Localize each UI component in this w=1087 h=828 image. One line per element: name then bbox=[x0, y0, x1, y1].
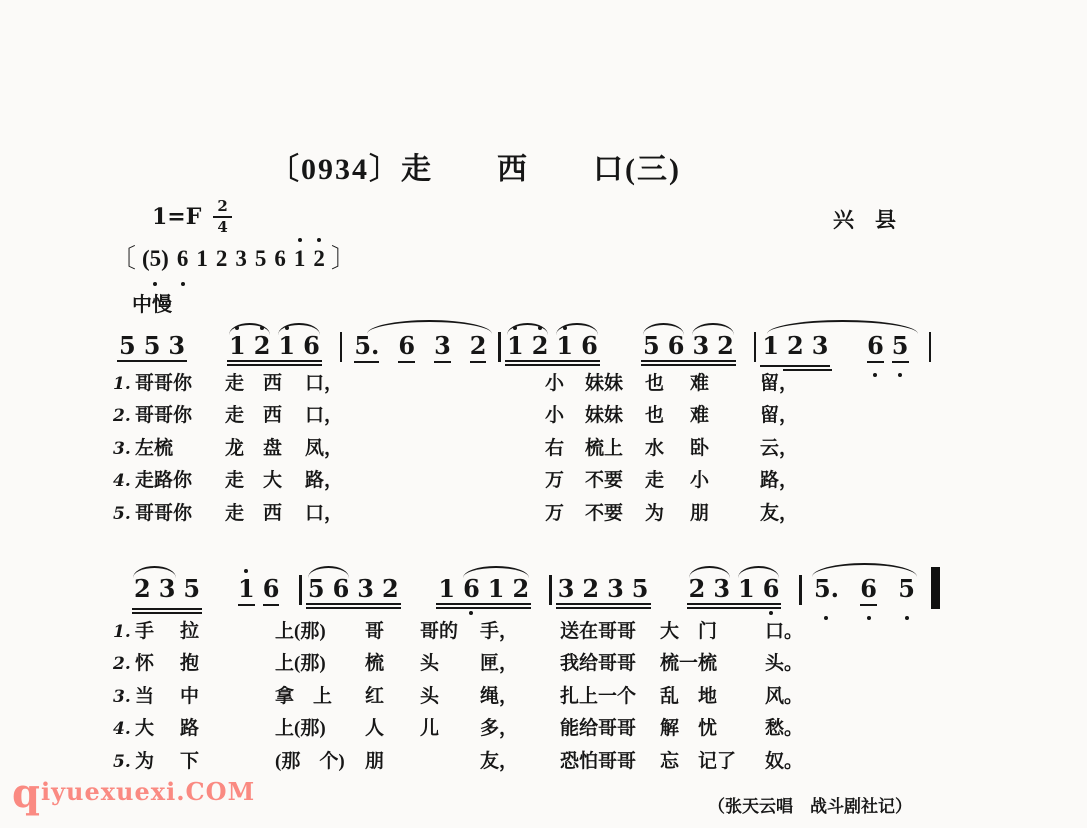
note: 2 bbox=[130, 577, 155, 601]
note: 3 bbox=[688, 334, 713, 358]
note-group: 5632 bbox=[639, 334, 738, 368]
key-label: 1=F bbox=[152, 204, 201, 230]
note: 3 bbox=[709, 577, 734, 601]
lyric-cell: 梳上 bbox=[585, 437, 645, 461]
lyric-cell: 哥哥你 bbox=[135, 502, 225, 526]
lyric-cell: 下 bbox=[180, 750, 275, 774]
note: 5 bbox=[251, 246, 271, 272]
note: 5 bbox=[894, 577, 919, 606]
sheet-music-page: 〔0934〕走 西 口(三) 1=F 2 4 兴 县 〔 (5)61235612… bbox=[0, 0, 1087, 828]
watermark: qiyuexuexi.COM bbox=[12, 774, 255, 814]
note: 1 bbox=[234, 577, 259, 606]
note: 2 bbox=[528, 334, 553, 358]
verse-number: 1. bbox=[113, 372, 135, 395]
note: 2 bbox=[309, 246, 329, 272]
lyric-cell: 走 bbox=[225, 372, 263, 396]
note: 6 bbox=[173, 246, 193, 272]
note-row: 5632 bbox=[639, 334, 738, 358]
time-signature-denominator: 4 bbox=[217, 218, 227, 236]
note: 3 bbox=[353, 577, 378, 601]
verse-number: 5. bbox=[113, 750, 135, 773]
note-digit: 1 bbox=[229, 334, 246, 358]
tempo-label: 中慢 bbox=[132, 288, 172, 317]
note-digit: 1 bbox=[488, 577, 505, 601]
note: 6 bbox=[394, 334, 419, 363]
lyric-cell: 哥 bbox=[365, 620, 420, 644]
lyric-cell: 能给哥哥 bbox=[560, 717, 660, 741]
note-digit: 3 bbox=[357, 577, 374, 601]
note: 3 bbox=[164, 334, 189, 358]
lyric-cell: 万 bbox=[545, 469, 585, 493]
beam-line bbox=[505, 360, 600, 362]
lyric-cell: 口。 bbox=[765, 620, 825, 644]
note: 1 bbox=[290, 246, 310, 272]
note-digit: 3 bbox=[713, 577, 730, 601]
slur bbox=[229, 323, 271, 335]
lyric-cell: 左梳 bbox=[135, 437, 225, 461]
lyric-cell: 妹妹 bbox=[585, 404, 645, 428]
note: 3 bbox=[554, 577, 579, 601]
lyric-cell: 留， bbox=[760, 372, 820, 396]
note-digit: 1 bbox=[738, 577, 755, 601]
octave-dot-above bbox=[298, 238, 302, 242]
beam-line bbox=[227, 364, 322, 366]
lyric-cell: (那 个) bbox=[275, 750, 365, 774]
octave-dot-below bbox=[898, 373, 902, 377]
measure-groups: 23516 bbox=[128, 577, 299, 616]
slur bbox=[133, 566, 176, 578]
note-digit: 3 bbox=[692, 334, 709, 358]
note: 6 bbox=[259, 577, 284, 606]
note-digit: 5 bbox=[892, 334, 909, 363]
lyric-cell: 奴。 bbox=[765, 750, 825, 774]
lyric-row: 2.怀抱上(那)梳头匣，我给哥哥梳一梳头。 bbox=[113, 652, 825, 684]
note: 3 bbox=[155, 577, 180, 601]
note-group: 5.632 bbox=[350, 334, 490, 373]
lyric-cell: 手 bbox=[135, 620, 180, 644]
beam-line bbox=[117, 360, 187, 362]
notation-line-2: 2351656321612323523165.65 bbox=[128, 561, 940, 619]
lyric-cell: 拿 上 bbox=[275, 685, 365, 709]
lyric-cell: 大 门 bbox=[660, 620, 765, 644]
lyric-cell: 送在哥哥 bbox=[560, 620, 660, 644]
note-digit: 5. bbox=[814, 577, 839, 601]
slur bbox=[463, 566, 529, 578]
measure-groups: 5.65 bbox=[802, 577, 927, 616]
measure-groups: 5.632 bbox=[342, 334, 498, 373]
lyric-cell: 上(那) bbox=[275, 620, 365, 644]
measure-groups: 5531216 bbox=[113, 334, 340, 368]
note: 2 bbox=[578, 577, 603, 601]
lyric-cell: 口， bbox=[305, 372, 545, 396]
note-digit: 2 bbox=[717, 334, 734, 358]
lyric-cell: 万 bbox=[545, 502, 585, 526]
note: 6 bbox=[759, 577, 784, 601]
lyric-cell: 留， bbox=[760, 404, 820, 428]
note-row: 5632 bbox=[304, 577, 403, 601]
note-digit: (5) bbox=[142, 247, 169, 270]
note-digit: 1 bbox=[196, 247, 208, 270]
lyric-cell: 西 bbox=[263, 502, 305, 526]
note-digit: 6 bbox=[398, 334, 415, 363]
note-digit: 6 bbox=[263, 577, 280, 606]
lyric-cell: 云， bbox=[760, 437, 820, 461]
lyric-cell: 右 bbox=[545, 437, 585, 461]
lyric-row: 1.手拉上(那)哥哥的手，送在哥哥大 门口。 bbox=[113, 620, 825, 652]
lyric-cell: 手， bbox=[480, 620, 560, 644]
octave-dot-below bbox=[769, 611, 773, 615]
measure-groups: 56321612 bbox=[302, 577, 549, 611]
note-digit: 2 bbox=[582, 577, 599, 601]
note-digit: 1 bbox=[762, 334, 779, 358]
note: 5 bbox=[304, 577, 329, 601]
note: 5. bbox=[810, 577, 843, 606]
lyric-row: 1.哥哥你走西口，小妹妹也难留， bbox=[113, 372, 820, 404]
lyric-cell: 友， bbox=[480, 750, 560, 774]
lyric-cell: 我给哥哥 bbox=[560, 652, 660, 676]
octave-dot-below bbox=[469, 611, 473, 615]
page-title: 〔0934〕走 西 口(三) bbox=[0, 144, 950, 188]
slur bbox=[556, 323, 598, 335]
note: 1 bbox=[734, 577, 759, 601]
lyric-cell: 头。 bbox=[765, 652, 825, 676]
lyric-cell: 盘 bbox=[263, 437, 305, 461]
note-group: 235 bbox=[130, 577, 204, 616]
measure-groups: 12165632 bbox=[501, 334, 754, 368]
lyric-cell: 不要 bbox=[585, 502, 645, 526]
note-digit: 2 bbox=[382, 577, 399, 601]
lyric-cell: 友， bbox=[760, 502, 820, 526]
lyric-cell: 妹妹 bbox=[585, 372, 645, 396]
measure: 32352316 bbox=[552, 561, 800, 611]
lyric-cell: 大 bbox=[263, 469, 305, 493]
lyric-cell: 龙 bbox=[225, 437, 263, 461]
note-group: 1216 bbox=[503, 334, 602, 368]
lyric-cell: 也 bbox=[645, 404, 690, 428]
note-group: 1216 bbox=[225, 334, 324, 368]
note-group: 5632 bbox=[304, 577, 403, 611]
lyric-cell: 凤， bbox=[305, 437, 545, 461]
lyric-cell: 当 bbox=[135, 685, 180, 709]
lyric-cell: 为 bbox=[645, 502, 690, 526]
lyric-cell: 西 bbox=[263, 372, 305, 396]
beam-line bbox=[306, 607, 401, 609]
lyric-cell: 中 bbox=[180, 685, 275, 709]
note-group: 65 bbox=[863, 334, 912, 373]
note: 5 bbox=[115, 334, 140, 358]
note-digit: 5 bbox=[255, 247, 267, 270]
note: 6 bbox=[270, 246, 290, 272]
note-digit: 6 bbox=[463, 577, 480, 601]
note: 2 bbox=[508, 577, 533, 601]
note-digit: 2 bbox=[689, 577, 706, 601]
slur bbox=[692, 323, 734, 335]
note: 6 bbox=[856, 577, 881, 606]
note-group: 123 bbox=[758, 334, 832, 373]
note: 6 bbox=[863, 334, 888, 363]
notation-line-1: 55312165.6321216563212365 bbox=[113, 318, 931, 376]
note: 2 bbox=[713, 334, 738, 358]
lyric-cell: 路， bbox=[760, 469, 820, 493]
note-digit: 6 bbox=[177, 247, 189, 270]
credit-line: （张天云唱 战斗剧社记） bbox=[708, 792, 912, 817]
lyric-cell: 小 bbox=[690, 469, 760, 493]
beam-line bbox=[132, 612, 202, 614]
lyric-cell: 头 bbox=[420, 652, 480, 676]
note-digit: 3 bbox=[812, 334, 829, 358]
slur bbox=[738, 566, 780, 578]
note: 3 bbox=[430, 334, 455, 363]
note-digit: 5 bbox=[183, 577, 200, 601]
lyric-cell: 小 bbox=[545, 372, 585, 396]
lyric-cell: 口， bbox=[305, 502, 545, 526]
lyric-cell: 朋 bbox=[690, 502, 760, 526]
note-digit: 6 bbox=[668, 334, 685, 358]
note-digit: 6 bbox=[303, 334, 320, 358]
watermark-q-glyph: q bbox=[12, 770, 40, 817]
note-group: 16 bbox=[234, 577, 283, 616]
slur bbox=[278, 323, 320, 335]
key-signature: 1=F 2 4 bbox=[152, 198, 232, 235]
note: 5 bbox=[639, 334, 664, 358]
lyric-cell: 大 bbox=[135, 717, 180, 741]
note: 5 bbox=[140, 334, 165, 358]
note: 2 bbox=[250, 334, 275, 358]
note-digit: 3 bbox=[558, 577, 575, 601]
octave-dot-below bbox=[905, 616, 909, 620]
note-row: 3235 bbox=[554, 577, 653, 601]
scale-open-bracket: 〔 bbox=[110, 246, 136, 272]
lyric-cell: 卧 bbox=[690, 437, 760, 461]
note: 2 bbox=[378, 577, 403, 601]
lyric-cell: 乱 地 bbox=[660, 685, 765, 709]
beam-line bbox=[436, 603, 531, 605]
beam-line bbox=[641, 360, 736, 362]
lyric-cell: 多， bbox=[480, 717, 560, 741]
lyric-cell: 路 bbox=[180, 717, 275, 741]
note-digit: 3 bbox=[607, 577, 624, 601]
note-row: 1216 bbox=[225, 334, 324, 358]
octave-dot-below bbox=[824, 616, 828, 620]
octave-dot-below bbox=[867, 616, 871, 620]
lyric-cell: 匣， bbox=[480, 652, 560, 676]
note: 1 bbox=[434, 577, 459, 601]
slur bbox=[507, 323, 549, 335]
note-digit: 5. bbox=[354, 334, 379, 363]
lyric-row: 4.走路你走大路，万不要走小路， bbox=[113, 469, 820, 501]
beam-line bbox=[556, 603, 651, 605]
note: 2 bbox=[783, 334, 808, 358]
note-digit: 2 bbox=[787, 334, 804, 358]
lyric-row: 5.哥哥你走西口，万不要为朋友， bbox=[113, 502, 820, 534]
lyric-cell: 梳 bbox=[365, 652, 420, 676]
time-signature: 2 4 bbox=[213, 198, 231, 235]
note-row: 553 bbox=[115, 334, 189, 358]
note-digit: 3 bbox=[168, 334, 185, 358]
note-group: 1612 bbox=[434, 577, 533, 611]
note-row: 5.65 bbox=[810, 577, 919, 606]
note-digit: 5 bbox=[632, 577, 649, 601]
note: 1 bbox=[758, 334, 783, 358]
note: 2 bbox=[685, 577, 710, 601]
verse-number: 2. bbox=[113, 404, 135, 427]
end-barline bbox=[929, 332, 932, 362]
lyric-cell: 儿 bbox=[420, 717, 480, 741]
note: 1 bbox=[552, 334, 577, 358]
verse-number: 4. bbox=[113, 469, 135, 492]
lyric-cell: 扎上一个 bbox=[560, 685, 660, 709]
lyric-row: 4.大路上(那)人儿多，能给哥哥解 忧愁。 bbox=[113, 717, 825, 749]
lyric-cell: 朋 bbox=[365, 750, 420, 774]
verse-number: 3. bbox=[113, 437, 135, 460]
note-digit: 2 bbox=[470, 334, 487, 363]
lyric-cell: 路， bbox=[305, 469, 545, 493]
beam-line bbox=[505, 364, 600, 366]
note-digit: 3 bbox=[434, 334, 451, 363]
note-digit: 5 bbox=[308, 577, 325, 601]
note-digit: 3 bbox=[235, 247, 247, 270]
time-signature-numerator: 2 bbox=[213, 198, 231, 218]
lyric-cell: 绳， bbox=[480, 685, 560, 709]
lyric-cell: 走 bbox=[225, 469, 263, 493]
measure: 5531216 bbox=[113, 318, 340, 368]
verse-number: 1. bbox=[113, 620, 135, 643]
note-group: 5.65 bbox=[810, 577, 919, 616]
note-digit: 3 bbox=[159, 577, 176, 601]
lyric-cell: 人 bbox=[365, 717, 420, 741]
note: 1 bbox=[225, 334, 250, 358]
slur bbox=[643, 323, 685, 335]
lyric-cell: 怀 bbox=[135, 652, 180, 676]
beam-line bbox=[687, 603, 782, 605]
lyric-cell: 解 忧 bbox=[660, 717, 765, 741]
note: 1 bbox=[192, 246, 212, 272]
note-row: 16 bbox=[234, 577, 283, 606]
note-digit: 6 bbox=[860, 577, 877, 606]
lyric-cell: 红 bbox=[365, 685, 420, 709]
note-row: 5.632 bbox=[350, 334, 490, 363]
measure-groups: 32352316 bbox=[552, 577, 800, 611]
lyric-cell: 拉 bbox=[180, 620, 275, 644]
beam-line bbox=[306, 603, 401, 605]
note: 6 bbox=[664, 334, 689, 358]
lyric-cell: 忘 记了 bbox=[660, 750, 765, 774]
note-group: 553 bbox=[115, 334, 189, 368]
lyric-cell: 恐怕哥哥 bbox=[560, 750, 660, 774]
octave-dot-above bbox=[317, 238, 321, 242]
note-digit: 2 bbox=[532, 334, 549, 358]
note-digit: 1 bbox=[556, 334, 573, 358]
lyric-cell: 也 bbox=[645, 372, 690, 396]
beam-line bbox=[687, 607, 782, 609]
note-digit: 2 bbox=[254, 334, 271, 358]
lyric-cell: 头 bbox=[420, 685, 480, 709]
note: 3 bbox=[603, 577, 628, 601]
verse-number: 3. bbox=[113, 685, 135, 708]
note-digit: 6 bbox=[867, 334, 884, 363]
note-row: 235 bbox=[130, 577, 204, 601]
verse-number: 2. bbox=[113, 652, 135, 675]
note-digit: 6 bbox=[581, 334, 598, 358]
lyric-cell: 难 bbox=[690, 372, 760, 396]
lyric-cell: 上(那) bbox=[275, 717, 365, 741]
measure: 5.65 bbox=[802, 561, 927, 616]
lyric-cell: 走路你 bbox=[135, 469, 225, 493]
note: 3 bbox=[808, 334, 833, 358]
note: 2 bbox=[466, 334, 491, 363]
measure: 56321612 bbox=[302, 561, 549, 611]
note-digit: 1 bbox=[507, 334, 524, 358]
slur bbox=[689, 566, 731, 578]
note-digit: 2 bbox=[313, 247, 325, 270]
scale-notation: 〔 (5)61235612 〕 bbox=[108, 246, 359, 272]
beam-line-partial bbox=[783, 369, 832, 371]
measure: 23516 bbox=[128, 561, 299, 616]
verse-number: 5. bbox=[113, 502, 135, 525]
note: 5. bbox=[350, 334, 383, 363]
note-digit: 1 bbox=[278, 334, 295, 358]
measure-groups: 12365 bbox=[756, 334, 928, 373]
note: 1 bbox=[484, 577, 509, 601]
lyric-cell: 风。 bbox=[765, 685, 825, 709]
end-barline bbox=[931, 567, 940, 609]
measure: 12165632 bbox=[501, 318, 754, 368]
note-digit: 2 bbox=[216, 247, 228, 270]
note-digit: 5 bbox=[119, 334, 136, 358]
lyric-cell: 水 bbox=[645, 437, 690, 461]
note-digit: 6 bbox=[763, 577, 780, 601]
beam-line bbox=[641, 364, 736, 366]
measure: 12365 bbox=[756, 318, 928, 373]
lyric-cell: 哥哥你 bbox=[135, 404, 225, 428]
lyric-cell: 不要 bbox=[585, 469, 645, 493]
lyric-cell: 愁。 bbox=[765, 717, 825, 741]
octave-dot-below bbox=[873, 373, 877, 377]
note: 6 bbox=[577, 334, 602, 358]
lyric-cell: 为 bbox=[135, 750, 180, 774]
lyric-cell: 西 bbox=[263, 404, 305, 428]
octave-dot-above bbox=[244, 569, 248, 573]
beam-line bbox=[132, 608, 202, 610]
lyric-cell: 走 bbox=[225, 404, 263, 428]
note-digit: 1 bbox=[438, 577, 455, 601]
lyric-cell: 走 bbox=[645, 469, 690, 493]
scale-notes: (5)61235612 bbox=[138, 246, 329, 272]
watermark-text: iyuexuexi.COM bbox=[41, 777, 255, 806]
beam-line bbox=[227, 360, 322, 362]
note: 5 bbox=[888, 334, 913, 363]
lyric-cell: 哥的 bbox=[420, 620, 480, 644]
note-group: 3235 bbox=[554, 577, 653, 611]
lyric-row: 2.哥哥你走西口，小妹妹也难留， bbox=[113, 404, 820, 436]
note-digit: 6 bbox=[274, 247, 286, 270]
note: 3 bbox=[231, 246, 251, 272]
note-row: 2316 bbox=[685, 577, 784, 601]
lyric-cell: 小 bbox=[545, 404, 585, 428]
note-digit: 1 bbox=[238, 577, 255, 606]
note-digit: 5 bbox=[144, 334, 161, 358]
lyrics-block-2: 1.手拉上(那)哥哥的手，送在哥哥大 门口。2.怀抱上(那)梳头匣，我给哥哥梳一… bbox=[113, 620, 825, 782]
lyric-cell: 哥哥你 bbox=[135, 372, 225, 396]
note-digit: 5 bbox=[643, 334, 660, 358]
octave-dot-below bbox=[153, 282, 157, 286]
lyric-cell: 梳一梳 bbox=[660, 652, 765, 676]
note: 6 bbox=[299, 334, 324, 358]
lyric-row: 3.当中拿 上红头绳，扎上一个乱 地风。 bbox=[113, 685, 825, 717]
note: (5) bbox=[138, 246, 173, 272]
note-row: 123 bbox=[758, 334, 832, 358]
note-row: 1216 bbox=[503, 334, 602, 358]
